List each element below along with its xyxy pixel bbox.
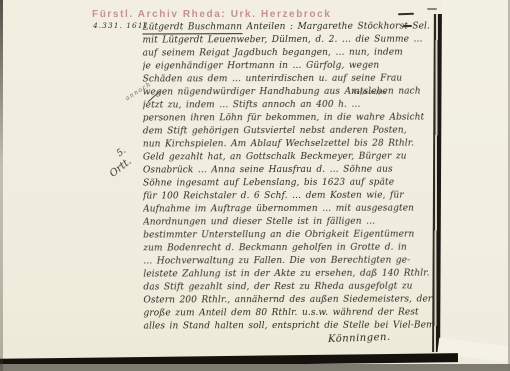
handwritten-line: bestimmter Unterstellung an die Obrigkei…: [143, 228, 437, 242]
handwritten-line: personen ihren Löhn für bekommen, in die…: [143, 111, 437, 125]
handwritten-line: für 100 Reichstaler d. 6 Schf. … dem Kos…: [143, 189, 437, 203]
handwritten-line: mit Lütgerdt Leuenweber, Dülmen, d. 2. ……: [143, 33, 437, 47]
handwritten-line: Söhne ingesamt auf Lebenslang, bis 1623 …: [143, 176, 437, 190]
handwritten-line: nun Kirchspielen. Am Ablauf Wechselzette…: [143, 137, 437, 151]
handwritten-line: Geld gezahlt hat, an Gottschalk Beckmeye…: [143, 150, 437, 164]
handwritten-line: Schäden aus dem … unterirdischen u. auf …: [143, 72, 437, 86]
manuscript-text-block: Lütgerdt Buschmann Anteilen : Margarethe…: [142, 20, 437, 333]
handwritten-line: je eigenhändiger Hortmann in … Gürfolg, …: [143, 59, 437, 73]
handwritten-line: jetzt zu, indem … Stifts annoch an 400 h…: [143, 98, 437, 112]
manuscript-signature: Könningen.: [328, 332, 391, 345]
handwritten-line: leistete Zahlung ist in der Akte zu erse…: [143, 267, 437, 281]
handwritten-line: wegen nügendwürdiger Handhabung aus Amts…: [143, 85, 437, 99]
handwritten-line: große zum Anteil dem 80 Rthlr. u.s.w. wä…: [143, 306, 437, 320]
handwritten-line: Aufnahme im Auftrage übernommen … mit au…: [143, 202, 437, 216]
mounting-card: Fürstl. Archiv Rheda: Urk. Herzebrock 4.…: [0, 0, 510, 371]
handwritten-line: auf seinem Reigat Jagdbuch begangen, … n…: [143, 46, 437, 60]
handwritten-line: Anordnungen und dieser Stelle ist in fäl…: [143, 215, 437, 229]
ink-dash-mark: [398, 13, 414, 16]
handwritten-line: zum Bodenrecht d. Beckmann geholfen in G…: [143, 241, 437, 255]
handwritten-line-text: Anteilen : Margarethe Stöckhorst Sel.: [242, 22, 430, 33]
handwritten-line: das Stift gezahlt sind, der Rest zu Rhed…: [143, 280, 437, 294]
handwritten-line: Ostern 200 Rthlr., annähernd des außen S…: [143, 293, 437, 307]
handwritten-line: alles in Stand halten soll, entspricht d…: [144, 319, 438, 333]
ink-dash-mark: [427, 8, 437, 10]
archive-stamp: Fürstl. Archiv Rheda: Urk. Herzebrock: [92, 9, 352, 20]
underlined-names: Lütgerdt Buschmann: [142, 22, 242, 34]
handwritten-line: Lütgerdt Buschmann Anteilen : Margarethe…: [142, 20, 436, 34]
manuscript-photo: Fürstl. Archiv Rheda: Urk. Herzebrock 4.…: [0, 0, 442, 360]
handwritten-line: Osnabrück … Anna seine Hausfrau d. … Söh…: [143, 163, 437, 177]
handwritten-line: dem Stift gehörigen Gutsviertel nebst an…: [143, 124, 437, 138]
scan-bottom-band: [0, 364, 510, 371]
archive-number: 4.331. 1611: [93, 21, 149, 30]
handwritten-line: … Hochverwaltung zu Fallen. Die von Bere…: [143, 254, 437, 268]
scan-left-edge: [0, 0, 3, 371]
